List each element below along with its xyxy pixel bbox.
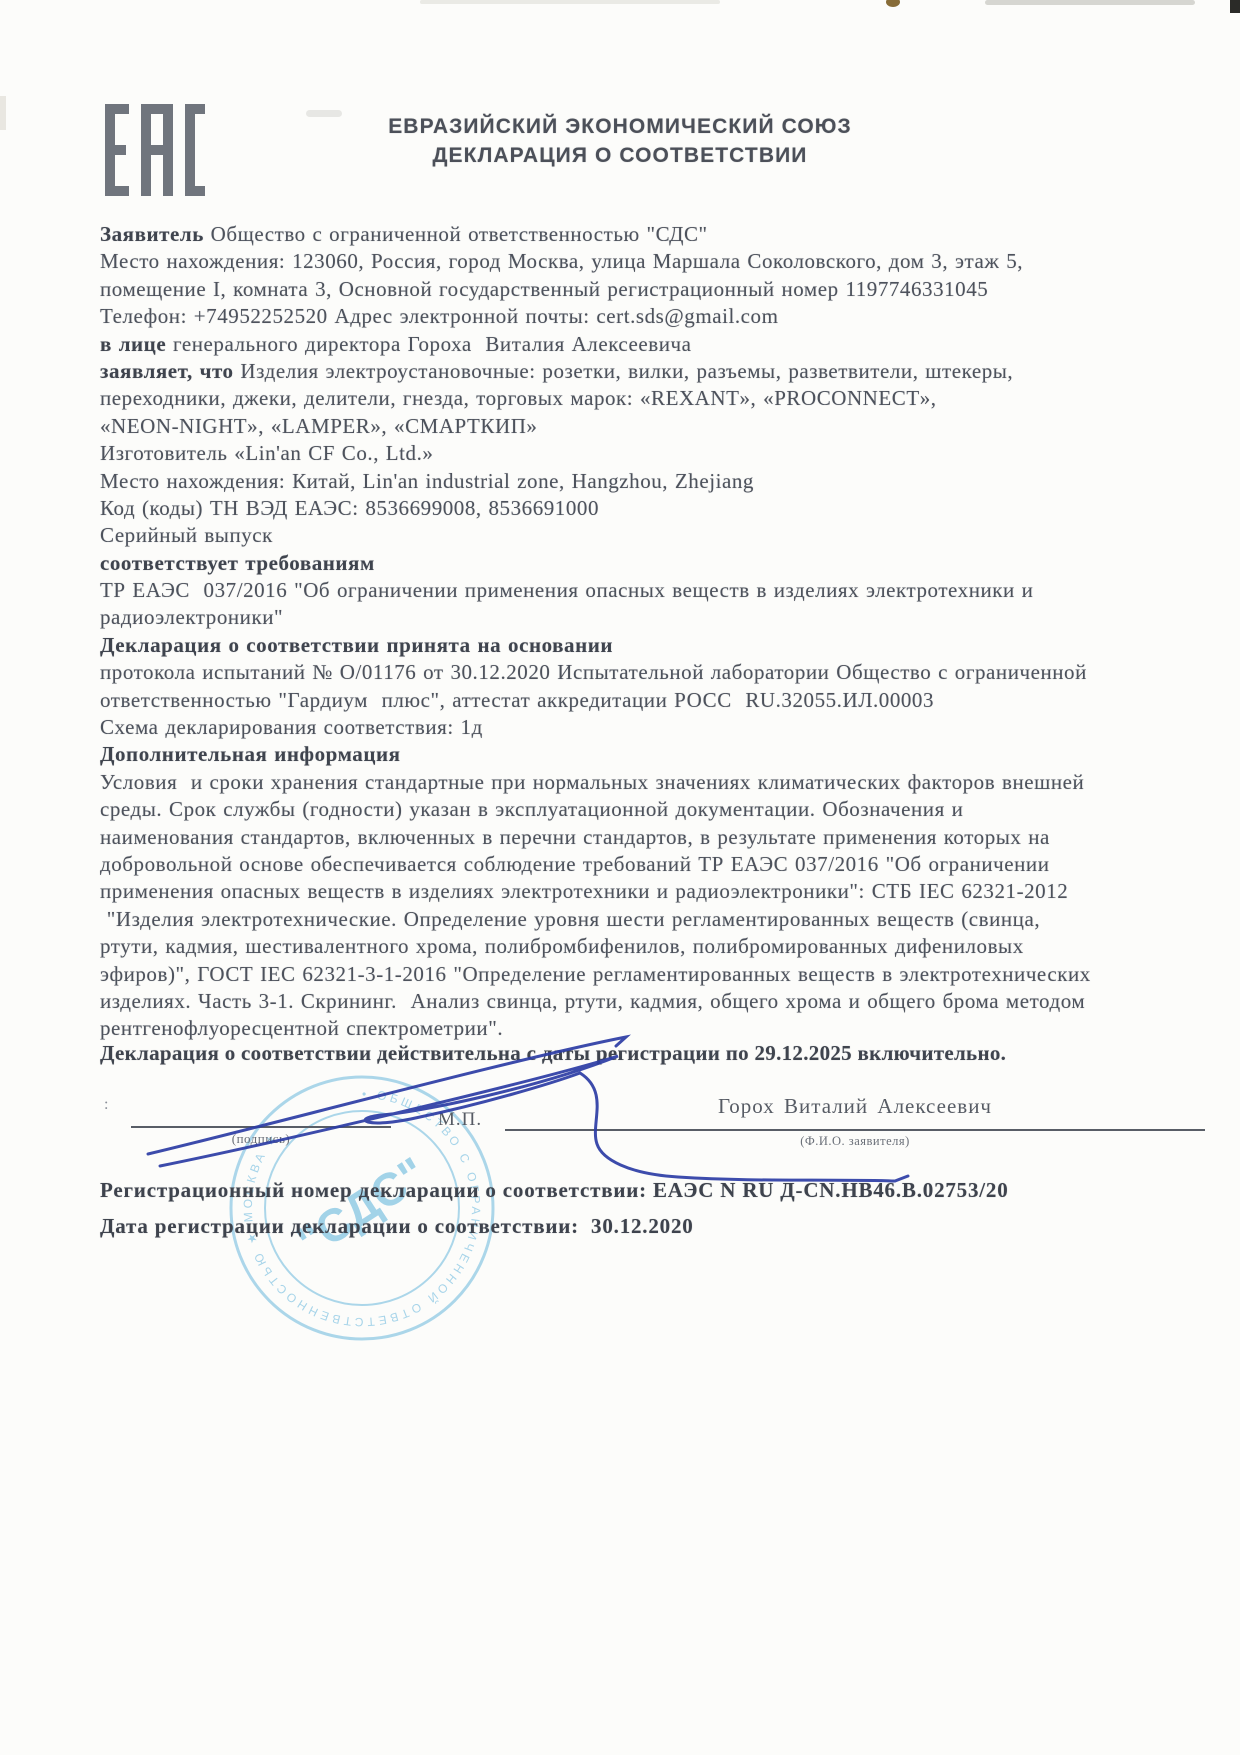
body-line: соответствует требованиям [100, 550, 1162, 577]
scan-artifact-streak [985, 0, 1195, 5]
title-line-declaration: ДЕКЛАРАЦИЯ О СООТВЕТСТВИИ [320, 141, 920, 170]
body-line: Серийный выпуск [100, 522, 1162, 549]
registration-date-line: Дата регистрации декларации о соответств… [100, 1214, 1200, 1239]
body-line: Декларация о соответствии принята на осн… [100, 632, 1162, 659]
body-line-lead: заявляет, что [100, 359, 234, 383]
body-line: протокола испытаний № О/01176 от 30.12.2… [100, 659, 1162, 686]
body-line: помещение I, комната 3, Основной государ… [100, 276, 1162, 303]
body-line: Место нахождения: Китай, Lin'an industri… [100, 468, 1162, 495]
body-line: "Изделия электротехнические. Определение… [100, 906, 1162, 933]
handwritten-signature [118, 1016, 938, 1206]
body-line: Схема декларирования соответствия: 1д [100, 714, 1162, 741]
body-line: эфиров)", ГОСТ IEC 62321-3-1-2016 "Опред… [100, 961, 1162, 988]
body-line: Код (коды) ТН ВЭД ЕАЭС: 8536699008, 8536… [100, 495, 1162, 522]
body-line: Дополнительная информация [100, 741, 1162, 768]
body-line: заявляет, что Изделия электроустановочны… [100, 358, 1162, 385]
body-line: в лице генерального директора Гороха Вит… [100, 331, 1162, 358]
signature-colon: : [104, 1096, 108, 1114]
body-line: ртути, кадмия, шестивалентного хрома, по… [100, 933, 1162, 960]
title-line-union: ЕВРАЗИЙСКИЙ ЭКОНОМИЧЕСКИЙ СОЮЗ [320, 112, 920, 141]
body-line: среды. Срок службы (годности) указан в э… [100, 796, 1162, 823]
body-line: добровольной основе обеспечивается соблю… [100, 851, 1162, 878]
body-line: Изготовитель «Lin'an CF Co., Ltd.» [100, 440, 1162, 467]
scan-artifact-dot [886, 0, 900, 7]
document-title: ЕВРАЗИЙСКИЙ ЭКОНОМИЧЕСКИЙ СОЮЗ ДЕКЛАРАЦИ… [320, 112, 920, 170]
declaration-document: ЕВРАЗИЙСКИЙ ЭКОНОМИЧЕСКИЙ СОЮЗ ДЕКЛАРАЦИ… [0, 0, 1240, 1755]
body-line: радиоэлектроники" [100, 604, 1162, 631]
body-lines: Заявитель Общество с ограниченной ответс… [100, 221, 1162, 1043]
body-line: «NEON-NIGHT», «LAMPER», «СМАРТКИП» [100, 413, 1162, 440]
scan-artifact-corner [1230, 0, 1240, 13]
body-line: наименования стандартов, включенных в пе… [100, 824, 1162, 851]
body-line: Телефон: +74952252520 Адрес электронной … [100, 303, 1162, 330]
scan-artifact-edge [0, 96, 6, 130]
body-line: ответственностью "Гардиум плюс", аттеста… [100, 687, 1162, 714]
scan-artifact-streak [420, 0, 720, 4]
body-line: применения опасных веществ в изделиях эл… [100, 878, 1162, 905]
body-line-lead: в лице [100, 332, 166, 356]
body-line: Условия и сроки хранения стандартные при… [100, 769, 1162, 796]
body-line: переходники, джеки, делители, гнезда, то… [100, 385, 1162, 412]
body-line: изделиях. Часть 3-1. Скрининг. Анализ св… [100, 988, 1162, 1015]
body-line: ТР ЕАЭС 037/2016 "Об ограничении примене… [100, 577, 1162, 604]
body-line: Место нахождения: 123060, Россия, город … [100, 248, 1162, 275]
body-line: Заявитель Общество с ограниченной ответс… [100, 221, 1162, 248]
eac-logo-icon [105, 102, 205, 198]
body-line-lead: Заявитель [100, 222, 204, 246]
